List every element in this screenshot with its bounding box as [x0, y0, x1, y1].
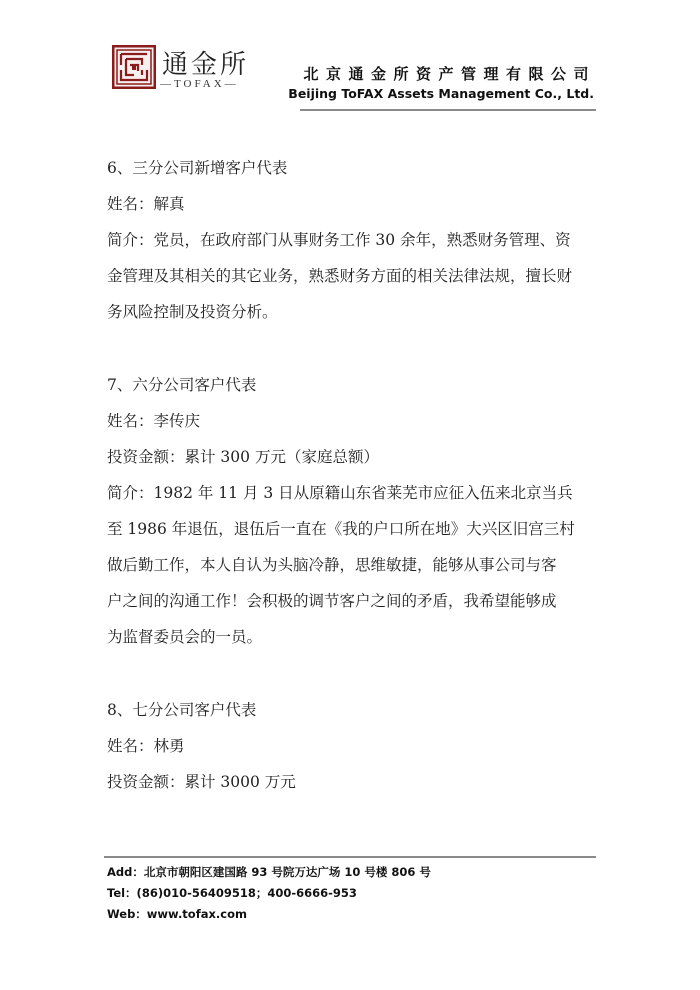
- bio-line: 金管理及其相关的其它业务，熟悉财务方面的相关法律法规，擅长财: [107, 258, 607, 294]
- bio-line: 务风险控制及投资分析。: [107, 294, 607, 330]
- bio-line: 为监督委员会的一员。: [107, 619, 607, 655]
- footer: Add：北京市朝阳区建国路 93 号院万达广场 10 号楼 806 号 Tel：…: [107, 862, 431, 925]
- bio-line: 做后勤工作，本人自认为头脑冷静，思维敏捷，能够从事公司与客: [107, 547, 607, 583]
- section-title: 7、六分公司客户代表: [107, 367, 607, 403]
- footer-address: Add：北京市朝阳区建国路 93 号院万达广场 10 号楼 806 号: [107, 862, 431, 883]
- tofax-seal-logo-icon: [112, 45, 156, 89]
- footer-divider: [104, 856, 596, 858]
- company-name-chinese: 北京通金所资产管理有限公司: [303, 63, 596, 84]
- bio-line: 户之间的沟通工作！会积极的调节客户之间的矛盾，我希望能够成: [107, 583, 607, 619]
- representative-name: 姓名：李传庆: [107, 403, 607, 439]
- bio-line: 简介：1982 年 11 月 3 日从原籍山东省莱芜市应征入伍来北京当兵: [107, 475, 607, 511]
- representative-name: 姓名：林勇: [107, 728, 607, 764]
- footer-telephone: Tel：(86)010-56409518；400-6666-953: [107, 883, 431, 904]
- representative-name: 姓名：解真: [107, 186, 607, 222]
- footer-website: Web：www.tofax.com: [107, 904, 431, 925]
- logo-english-text: —TOFAX—: [160, 78, 239, 90]
- investment-amount: 投资金额：累计 3000 万元: [107, 764, 607, 800]
- section-title: 6、三分公司新增客户代表: [107, 150, 607, 186]
- logo-chinese-text: 通金所: [162, 44, 249, 81]
- section-title: 8、七分公司客户代表: [107, 692, 607, 728]
- section-8: 8、七分公司客户代表 姓名：林勇 投资金额：累计 3000 万元: [107, 692, 607, 800]
- section-6: 6、三分公司新增客户代表 姓名：解真 简介：党员，在政府部门从事财务工作 30 …: [107, 150, 607, 330]
- bio-line: 简介：党员，在政府部门从事财务工作 30 余年，熟悉财务管理、资: [107, 222, 607, 258]
- investment-amount: 投资金额：累计 300 万元（家庭总额）: [107, 439, 607, 475]
- bio-line: 至 1986 年退伍，退伍后一直在《我的户口所在地》大兴区旧宫三村: [107, 511, 607, 547]
- document-body: 6、三分公司新增客户代表 姓名：解真 简介：党员，在政府部门从事财务工作 30 …: [107, 150, 607, 800]
- header-divider: [300, 109, 596, 111]
- company-name-english: Beijing ToFAX Assets Management Co., Ltd…: [288, 86, 594, 101]
- section-7: 7、六分公司客户代表 姓名：李传庆 投资金额：累计 300 万元（家庭总额） 简…: [107, 367, 607, 655]
